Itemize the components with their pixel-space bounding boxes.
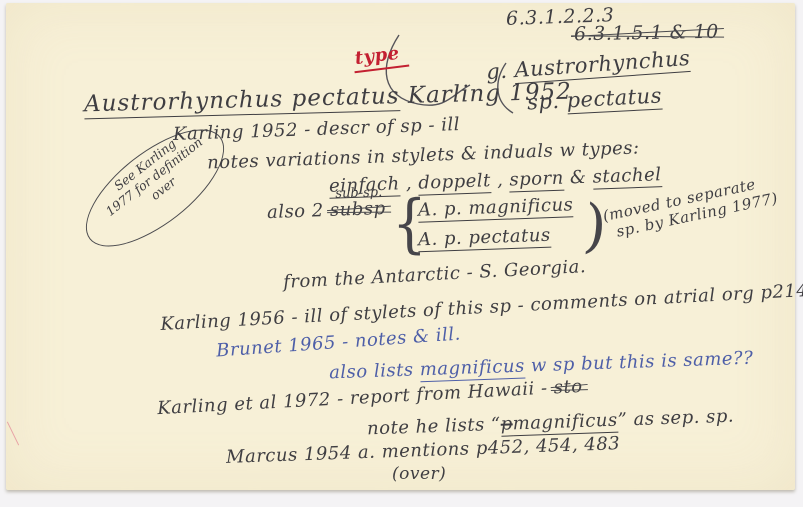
note-karling-1952: Karling 1952 - descr of sp - ill xyxy=(173,114,461,145)
genus-header: g. Austrorhynchus xyxy=(485,46,691,84)
note-lists-magnificus: note he lists “pmagnificus” as sep. sp. xyxy=(367,406,735,440)
separator: , xyxy=(490,170,509,192)
note-karling-1956: Karling 1956 - ill of stylets of this sp… xyxy=(160,280,803,335)
karling-1972-text: Karling et al 1972 - report from Hawaii … xyxy=(157,377,555,419)
note-marcus-1954: Marcus 1954 a. mentions p452, 454, 483 xyxy=(226,433,621,468)
genus-name: Austrorhynchus xyxy=(514,46,692,84)
lists-pre: note he lists “ xyxy=(367,414,501,440)
struck-old-number: 6.3.1.5.1 & 10 xyxy=(574,21,719,46)
note-subspecies-intro: also 2 subspsub-sp. xyxy=(267,198,386,223)
karling-1972-struck: sto xyxy=(553,376,583,398)
lists-struck-prefix: p xyxy=(500,413,513,436)
title-species-name: Austrorhynchus pectatus xyxy=(84,83,400,119)
brunet-also-post: w sp but this is same?? xyxy=(524,348,753,377)
note-locality: from the Antarctic - S. Georgia. xyxy=(283,256,587,293)
type-annotation: type xyxy=(352,42,409,73)
scan-artifact-line xyxy=(7,422,19,446)
card-title: Austrorhynchus pectatus Karling 1952 xyxy=(84,79,572,118)
oval-note: See Karling 1977 for definition over xyxy=(72,128,242,253)
subspecies-pectatus: A. p. pectatus xyxy=(418,225,551,253)
lists-post: ” as sep. sp. xyxy=(617,406,734,431)
note-over: (over) xyxy=(392,464,446,484)
stylet-type-doppelt: doppelt xyxy=(418,170,491,196)
brunet-also-pre: also lists xyxy=(329,359,420,383)
subsp-struck-word: subspsub-sp. xyxy=(330,198,386,221)
index-card: 6.3.1.2.2.3 6.3.1.5.1 & 10 type g. Austr… xyxy=(6,3,795,490)
title-author: Karling 1952 xyxy=(408,79,573,109)
species-name: pectatus xyxy=(566,83,663,114)
lists-magnificus: magnificus xyxy=(512,410,618,437)
stylet-type-sporn: sporn xyxy=(509,168,564,193)
brunet-also-magnificus: magnificus xyxy=(419,356,525,383)
subspecies-magnificus: A. p. magnificus xyxy=(418,194,574,222)
subsp-correction: sub-sp. xyxy=(335,185,382,202)
stylet-type-stachel: stachel xyxy=(592,164,662,189)
scanned-page: 6.3.1.2.2.3 6.3.1.5.1 & 10 type g. Austr… xyxy=(0,0,803,507)
separator: & xyxy=(563,167,593,189)
classification-number-old: 6.3.1.5.1 & 10 xyxy=(574,21,719,46)
subsp-intro-text: also 2 xyxy=(267,200,331,223)
